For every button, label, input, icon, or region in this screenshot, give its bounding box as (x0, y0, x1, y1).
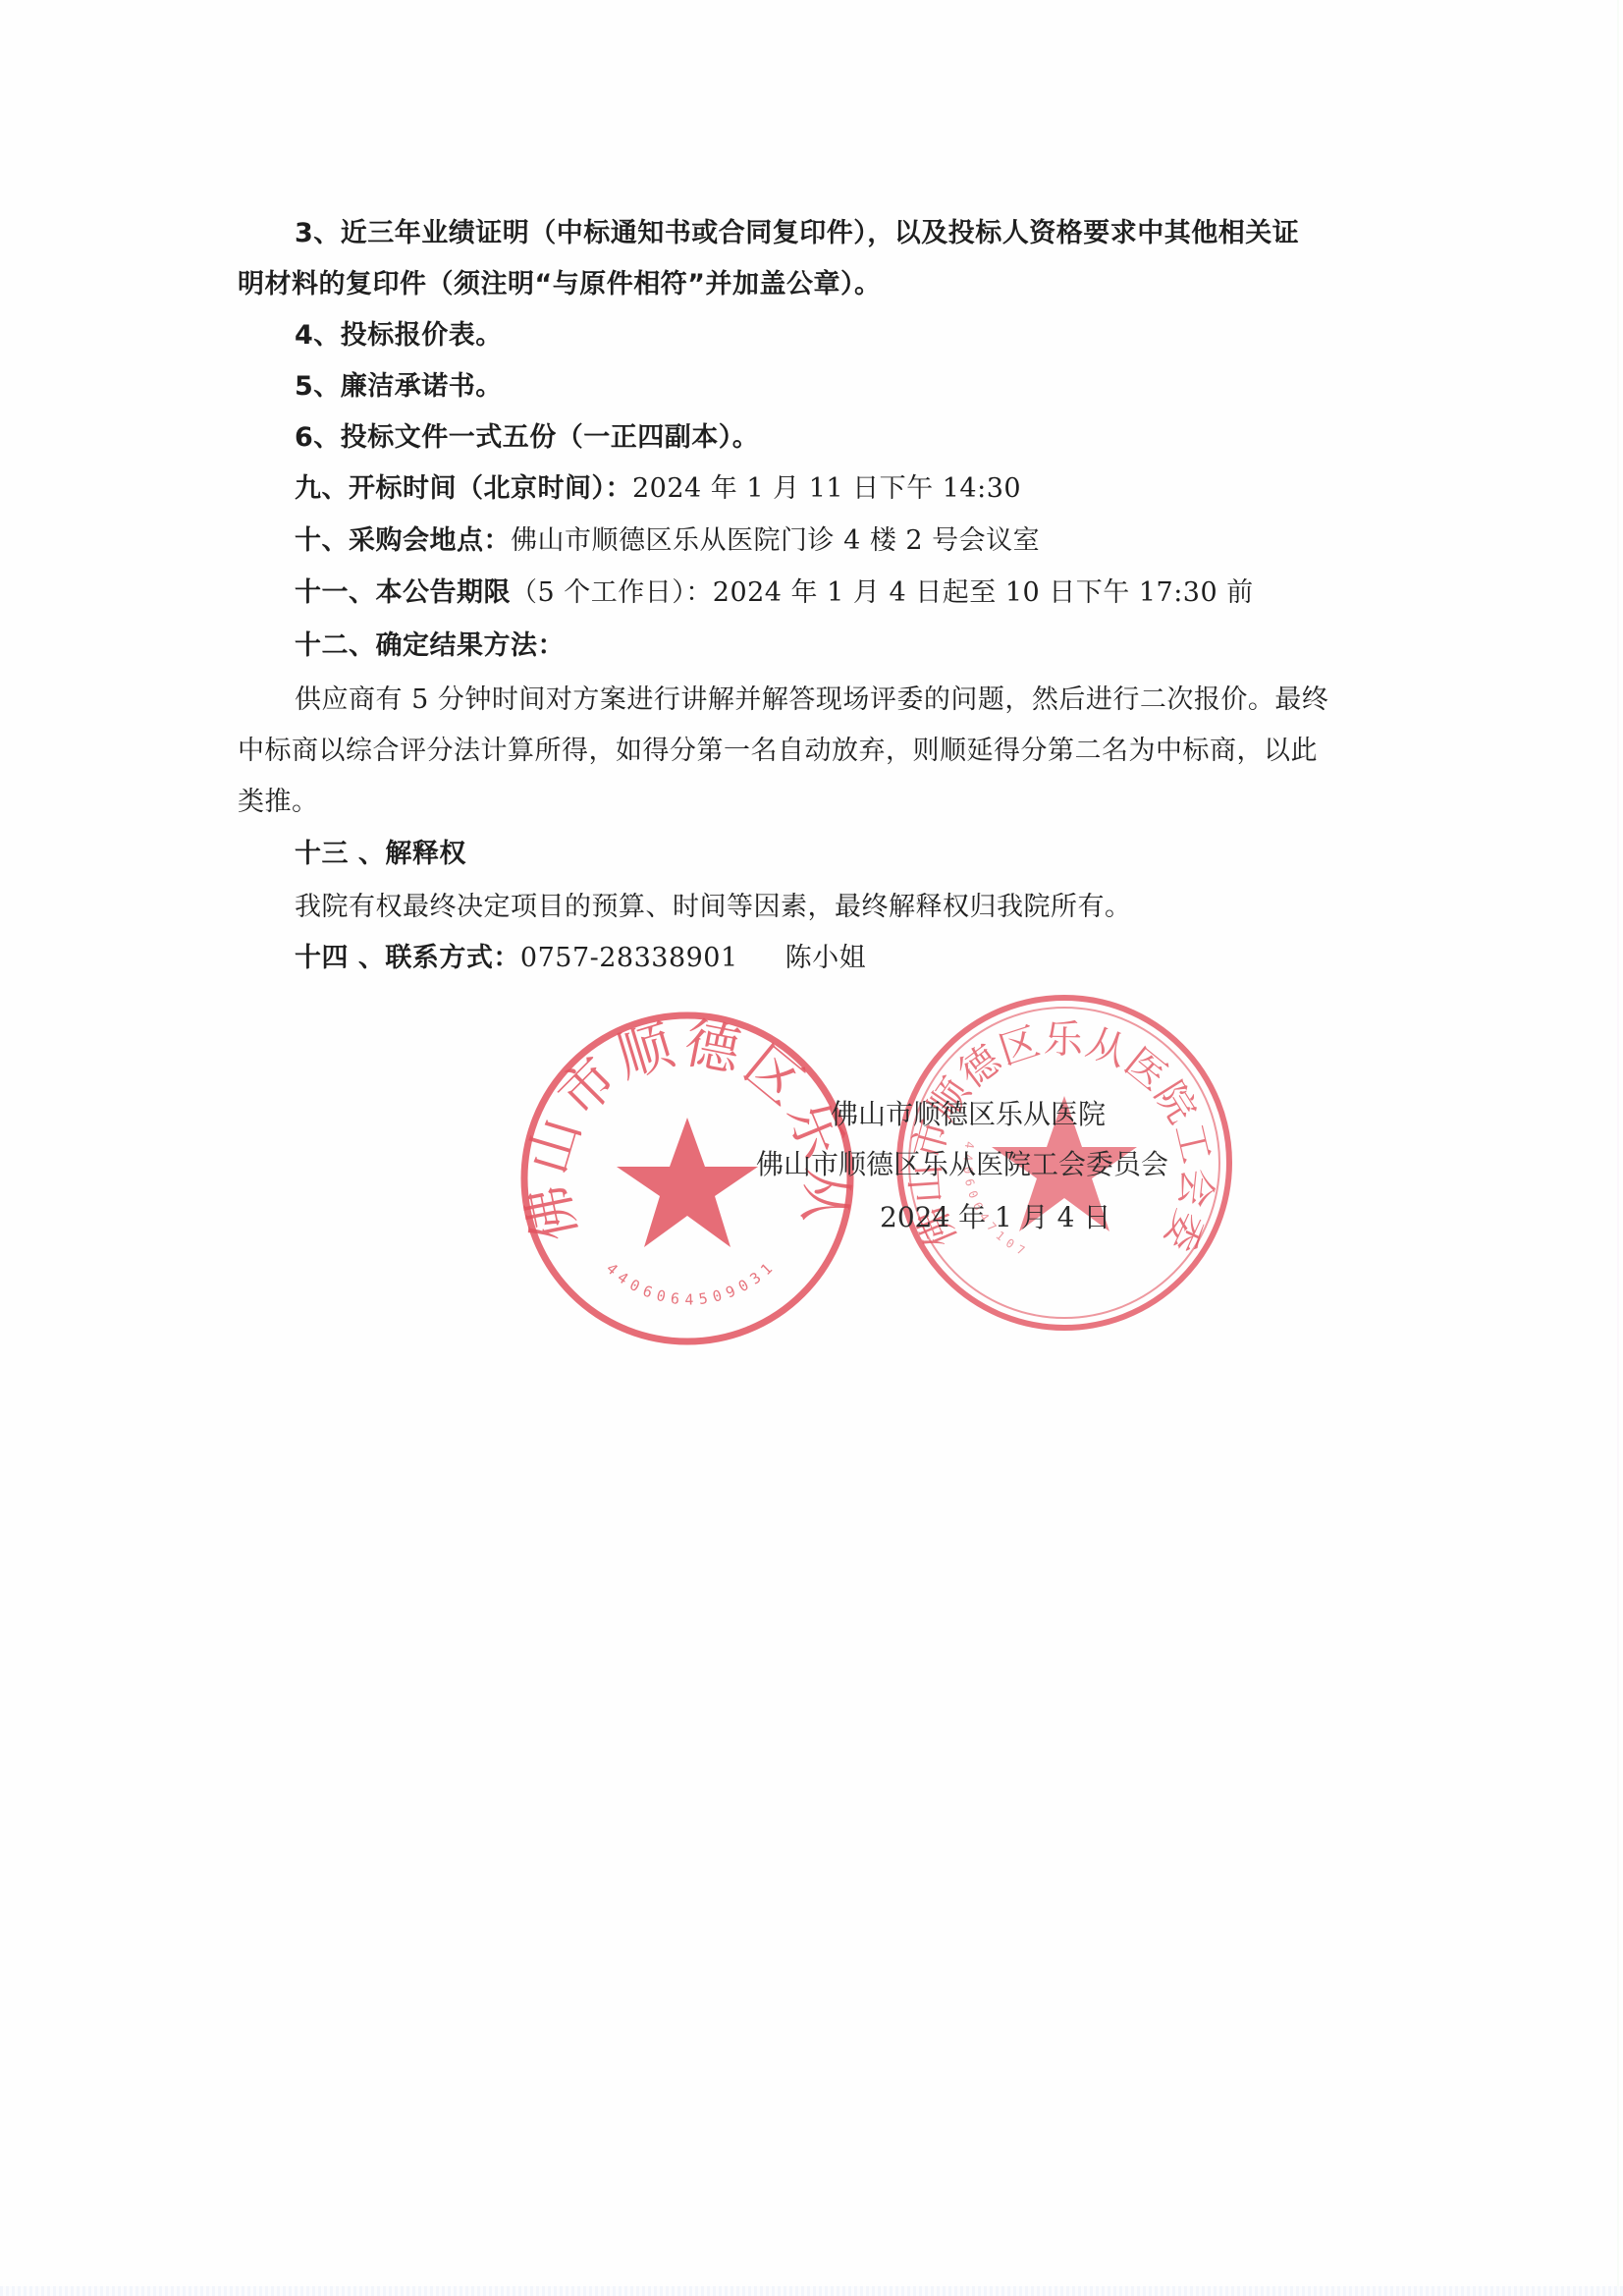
section-12-line-1: 供应商有 5 分钟时间对方案进行讲解并解答现场评委的问题，然后进行二次报价。最终 (295, 683, 1328, 718)
section-9-value: 2024 年 1 月 11 日下午 14:30 (632, 473, 1021, 504)
section-9: 九、开标时间（北京时间）：2024 年 1 月 11 日下午 14:30 (295, 471, 1021, 507)
section-14-label: 十四 、联系方式： (295, 943, 520, 973)
section-9-label: 九、开标时间（北京时间）： (295, 473, 632, 504)
section-10-value: 佛山市顺德区乐从医院门诊 4 楼 2 号会议室 (511, 525, 1040, 556)
contact-phone: 0757-28338901 (520, 943, 738, 973)
section-11-value: （5 个工作日）：2024 年 1 月 4 日起至 10 日下午 17:30 前 (511, 577, 1254, 608)
seal-left-code: 4406064509031 (603, 1256, 780, 1309)
contact-name: 陈小姐 (785, 943, 867, 973)
section-11-label: 十一、本公告期限 (295, 577, 511, 608)
section-11: 十一、本公告期限（5 个工作日）：2024 年 1 月 4 日起至 10 日下午… (295, 575, 1254, 611)
section-12-line-3: 类推。 (238, 785, 319, 820)
item-3-line-2: 明材料的复印件（须注明“与原件相符”并加盖公章）。 (238, 267, 882, 302)
star-icon (617, 1118, 758, 1247)
signature-org-2: 佛山市顺德区乐从医院工会委员会 (756, 1147, 1168, 1182)
section-14: 十四 、联系方式：0757-28338901陈小姐 (295, 941, 866, 976)
document-page: 3、近三年业绩证明（中标通知书或合同复印件），以及投标人资格要求中其他相关证 明… (0, 0, 1623, 2296)
scan-edge-bottom (0, 2286, 1623, 2296)
signature-date: 2024 年 1 月 4 日 (880, 1200, 1110, 1235)
signature-org-1: 佛山市顺德区乐从医院 (831, 1097, 1106, 1132)
item-6: 6、投标文件一式五份（一正四副本）。 (295, 420, 759, 456)
item-5: 5、廉洁承诺书。 (295, 369, 503, 405)
item-4: 4、投标报价表。 (295, 318, 503, 354)
section-13-heading: 十三 、解释权 (295, 837, 466, 872)
item-3-line-1: 3、近三年业绩证明（中标通知书或合同复印件），以及投标人资格要求中其他相关证 (295, 216, 1299, 251)
section-10-label: 十、采购会地点： (295, 525, 511, 556)
section-10: 十、采购会地点：佛山市顺德区乐从医院门诊 4 楼 2 号会议室 (295, 523, 1040, 559)
section-12-heading: 十二、确定结果方法： (295, 629, 565, 664)
svg-text:4406064509031: 4406064509031 (603, 1256, 780, 1309)
section-12-line-2: 中标商以综合评分法计算所得，如得分第一名自动放弃，则顺延得分第二名为中标商，以此 (238, 734, 1318, 769)
section-13-body: 我院有权最终决定项目的预算、时间等因素，最终解释权归我院所有。 (295, 890, 1132, 925)
scan-edge-right (1617, 0, 1619, 2296)
